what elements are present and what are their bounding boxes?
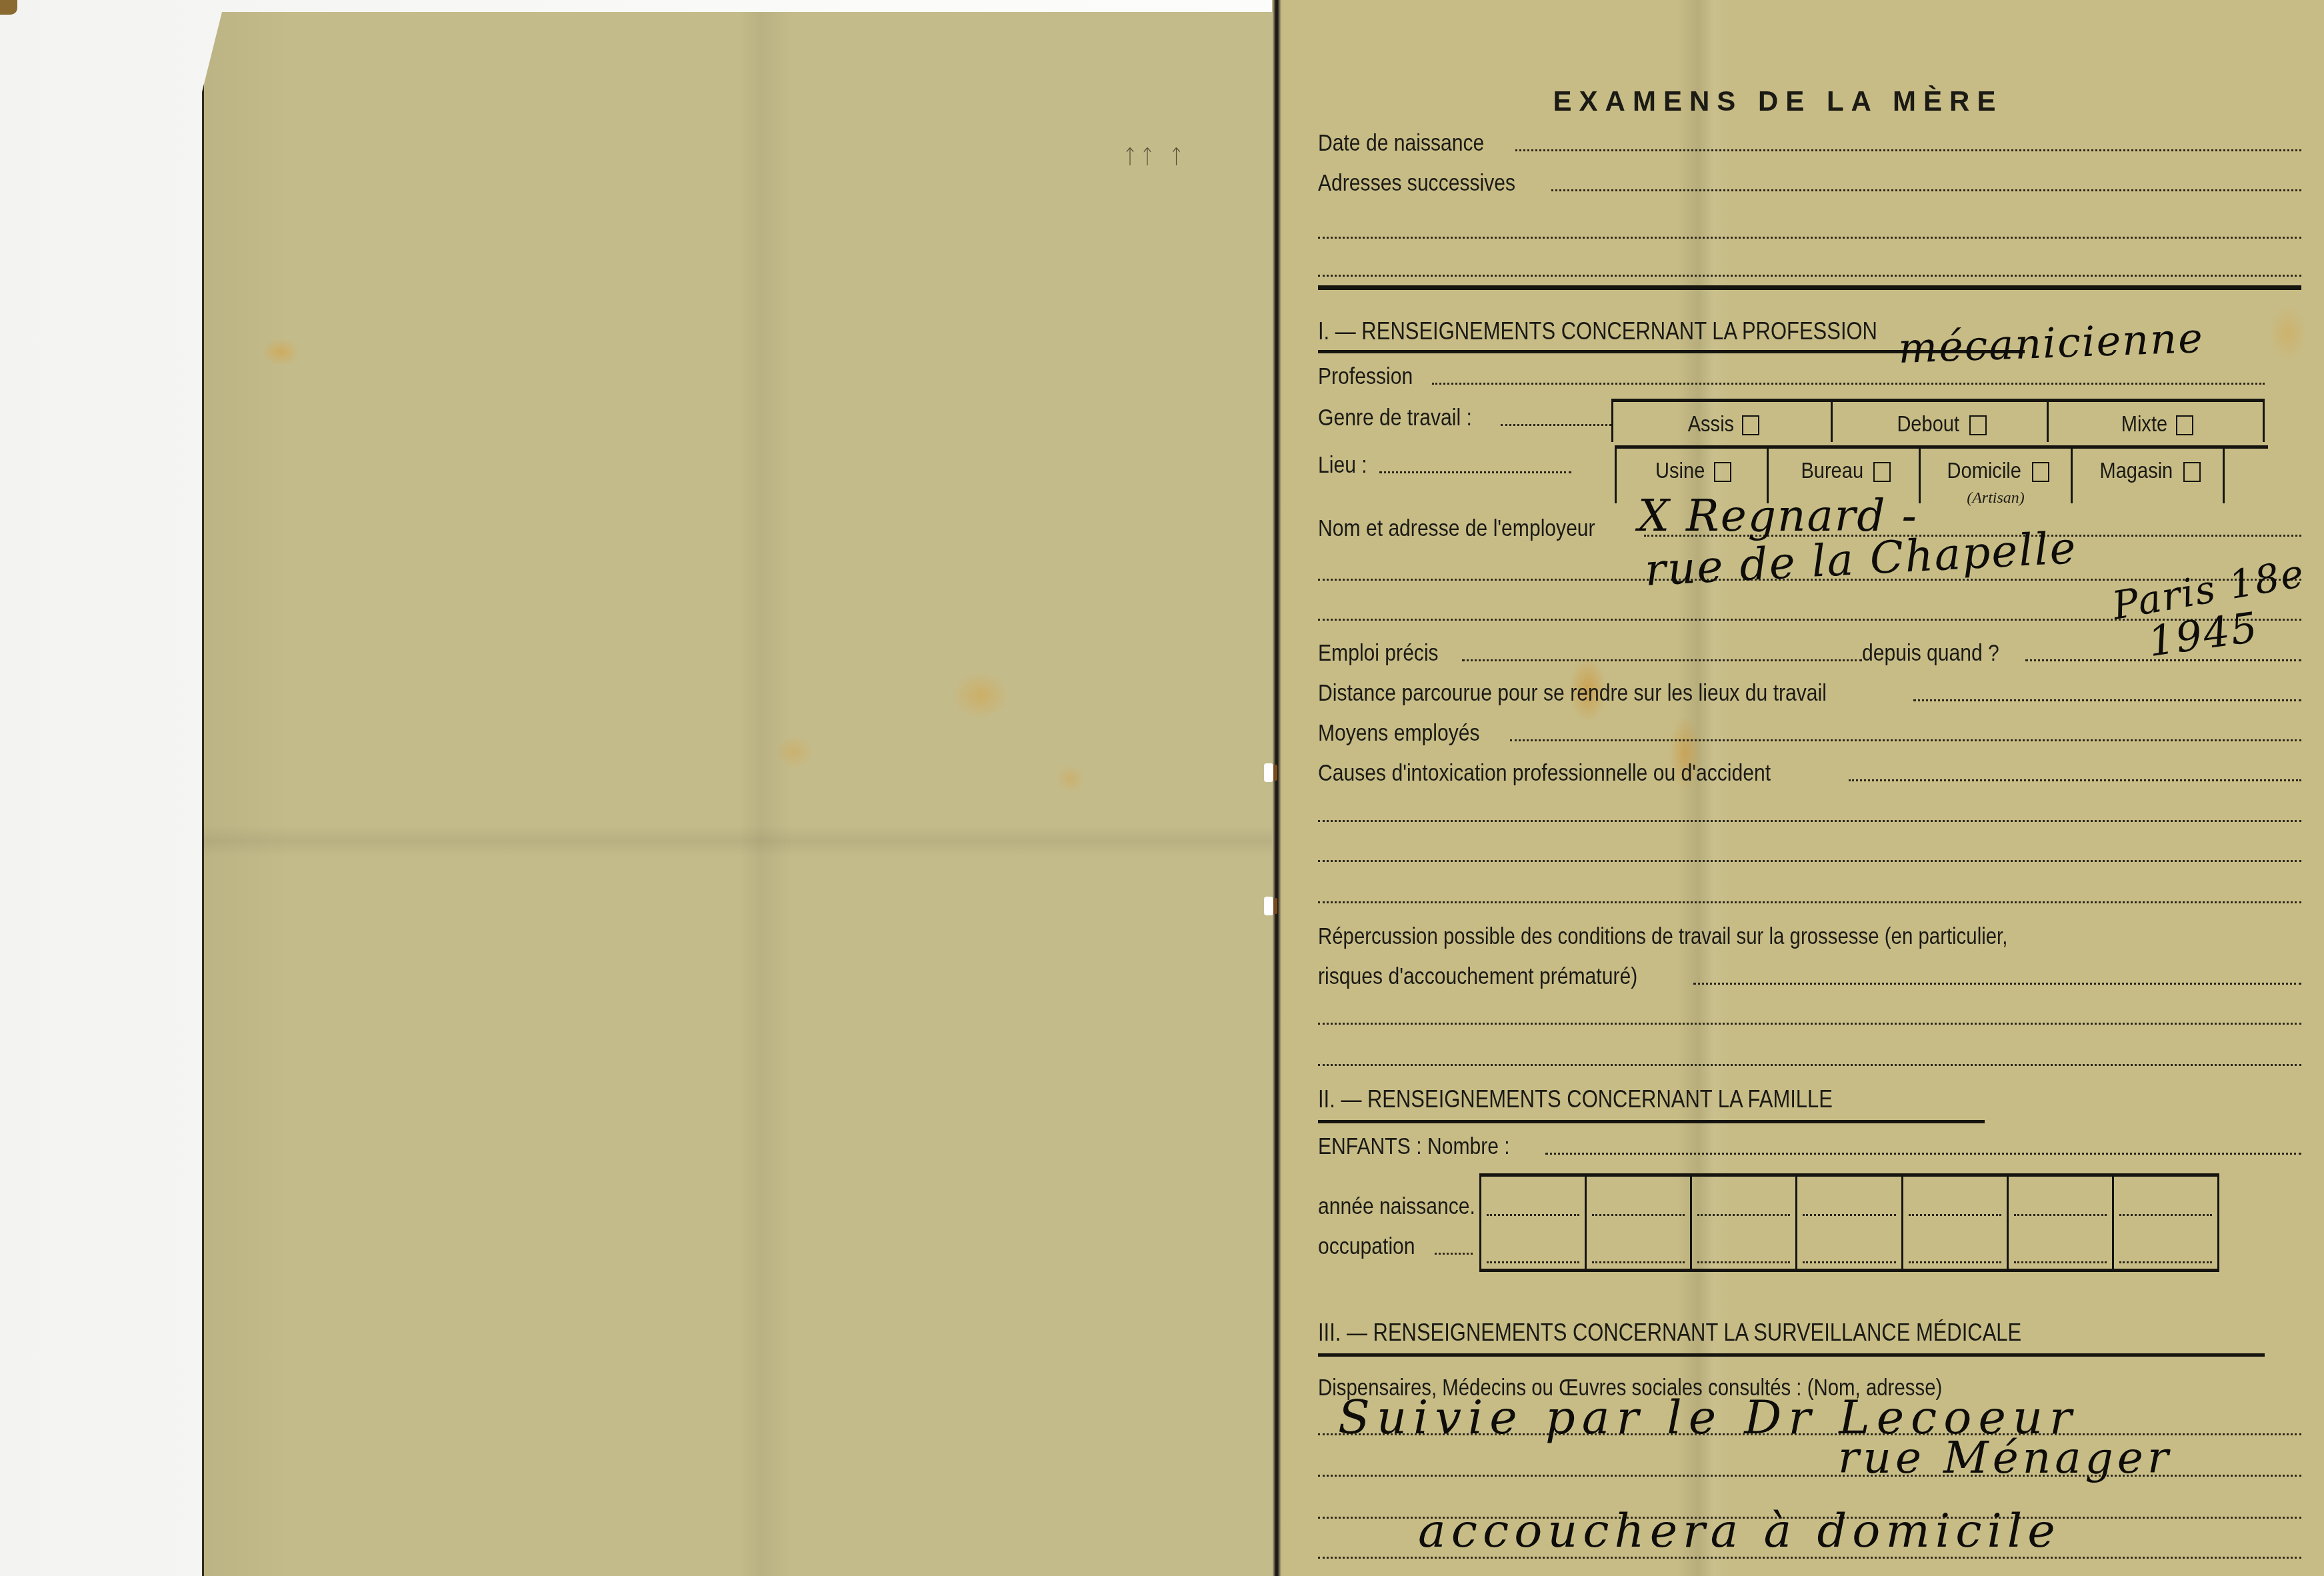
occupation-line[interactable] [2119,1261,2212,1263]
section-heading-surveillance: III. — RENSEIGNEMENTS CONCERNANT LA SURV… [1318,1319,2021,1347]
option-assis[interactable]: Assis [1611,402,1831,442]
field-label: Adresses successives [1318,170,1515,197]
child-column-3[interactable] [1690,1177,1795,1269]
section-heading-profession: I. — RENSEIGNEMENTS CONCERNANT LA PROFES… [1318,317,1877,345]
field-label: Date de naissance [1318,130,1484,157]
occupation-line[interactable] [1803,1261,1895,1263]
child-column-1[interactable] [1479,1177,1585,1269]
birth-year-line[interactable] [1592,1214,1685,1216]
field-input-line[interactable] [1318,1023,2301,1025]
checkbox-bureau[interactable] [1873,462,1891,482]
field-input-line[interactable] [1913,699,2301,701]
field-label: Causes d'intoxication professionnelle ou… [1318,760,1771,787]
field-label: ENFANTS : Nombre : [1318,1133,1510,1160]
booklet-spine [1272,0,1281,1576]
field-repercussion-label: Répercussion possible des conditions de … [1318,923,2301,950]
child-column-4[interactable] [1795,1177,1901,1269]
field-moyens[interactable]: Moyens employés [1318,720,2301,747]
checkbox-debout[interactable] [1969,415,1987,435]
dotted-leader [1435,1253,1473,1255]
field-label: Distance parcourue pour se rendre sur le… [1318,680,1827,707]
field-input-line[interactable] [1515,149,2301,151]
field-input-line[interactable] [1510,739,2301,741]
field-input-line[interactable] [1318,1557,2301,1559]
field-input-line[interactable] [1318,1064,2301,1066]
field-input-line[interactable] [1379,471,1571,473]
field-repercussion[interactable]: risques d'accouchement prématuré) [1318,963,2301,990]
option-label: Usine [1655,458,1705,483]
field-input-line[interactable] [1849,779,2301,781]
option-label: Mixte [2121,411,2167,437]
field-input-line[interactable] [1462,659,1862,661]
field-input-line[interactable] [1318,860,2301,862]
field-label: Nom et adresse de l'employeur [1318,515,1595,542]
checkbox-assis[interactable] [1742,415,1759,435]
option-sublabel: (Artisan) [1921,489,2071,507]
paper-fragment [0,0,17,15]
field-input-line[interactable] [1693,983,2301,985]
left-page-blank: ᛏᛏ ᛏ [202,12,1274,1576]
field-label: Répercussion possible des conditions de … [1318,923,2007,950]
field-input-line[interactable] [1318,275,2301,277]
handwritten-delivery-note: accouchera à domicile [1418,1503,2061,1558]
field-input-line[interactable] [1432,383,2265,385]
staple-hole [1264,763,1273,782]
child-column-2[interactable] [1585,1177,1690,1269]
option-magasin[interactable]: Magasin [2071,449,2225,503]
child-column-7[interactable] [2112,1177,2219,1269]
field-causes[interactable]: Causes d'intoxication professionnelle ou… [1318,760,2301,787]
child-column-6[interactable] [2007,1177,2112,1269]
option-label: Domicile [1947,458,2021,483]
field-input-line[interactable] [1545,1153,2301,1155]
field-adresses[interactable]: Adresses successives [1318,170,2301,197]
field-input-line[interactable] [1318,901,2301,903]
field-label: année naissance. [1318,1193,1475,1220]
divider [1318,285,2301,290]
checkbox-mixte[interactable] [2176,415,2193,435]
field-input-line[interactable] [1551,189,2301,191]
field-input-line[interactable] [1318,820,2301,822]
birth-year-line[interactable] [2119,1214,2212,1216]
checkbox-domicile[interactable] [2032,462,2049,482]
birth-year-line[interactable] [1487,1214,1579,1216]
option-mixte[interactable]: Mixte [2047,402,2265,442]
section-underline [1318,1120,1985,1123]
occupation-line[interactable] [1697,1261,1790,1263]
field-label: Genre de travail : [1318,405,1472,431]
field-label: Profession [1318,363,1413,390]
field-genre-travail[interactable]: Genre de travail : [1318,405,1611,431]
option-debout[interactable]: Debout [1831,402,2047,442]
option-label: Debout [1897,411,1960,437]
genre-travail-options: Assis Debout Mixte [1611,399,2265,442]
field-label: risques d'accouchement prématuré) [1318,963,1637,990]
field-input-line[interactable] [1318,237,2301,239]
option-label: Bureau [1801,458,1864,483]
right-page-form: EXAMENS DE LA MÈRE Date de naissance Adr… [1281,0,2324,1576]
field-label: occupation [1318,1233,1415,1260]
birth-year-line[interactable] [1803,1214,1895,1216]
field-label-depuis: depuis quand ? [1862,640,1999,667]
birth-year-line[interactable] [1909,1214,2001,1216]
field-label: Lieu : [1318,452,1367,479]
option-label: Magasin [2100,458,2173,483]
handwritten-doctor-address: rue Ménager [1838,1432,2172,1483]
checkbox-magasin[interactable] [2183,462,2201,482]
occupation-line[interactable] [1592,1261,1685,1263]
children-table [1479,1173,2219,1272]
field-label: Emploi précis [1318,640,1439,667]
occupation-line[interactable] [2014,1261,2107,1263]
option-label: Assis [1687,411,1733,437]
section-underline [1318,1353,2265,1357]
field-profession[interactable]: Profession [1318,363,2265,390]
option-domicile[interactable]: Domicile (Artisan) [1919,449,2071,503]
field-distance[interactable]: Distance parcourue pour se rendre sur le… [1318,680,2301,707]
page-title: EXAMENS DE LA MÈRE [1318,85,2238,117]
label-occupation: occupation [1318,1233,1473,1260]
field-date-naissance[interactable]: Date de naissance [1318,130,2301,157]
staple-hole [1264,897,1273,915]
field-input-line[interactable] [1501,424,1611,426]
child-column-5[interactable] [1901,1177,2007,1269]
checkbox-usine[interactable] [1714,462,1731,482]
birth-year-line[interactable] [2014,1214,2107,1216]
label-annee-naissance: année naissance. [1318,1193,1501,1220]
birth-year-line[interactable] [1697,1214,1790,1216]
field-enfants-nombre[interactable]: ENFANTS : Nombre : [1318,1133,2301,1160]
occupation-line[interactable] [1487,1261,1579,1263]
ink-marks: ᛏᛏ ᛏ [1124,145,1188,169]
section-heading-famille: II. — RENSEIGNEMENTS CONCERNANT LA FAMIL… [1318,1085,1833,1113]
field-label: Moyens employés [1318,720,1480,747]
occupation-line[interactable] [1909,1261,2001,1263]
field-lieu[interactable]: Lieu : [1318,452,1571,479]
